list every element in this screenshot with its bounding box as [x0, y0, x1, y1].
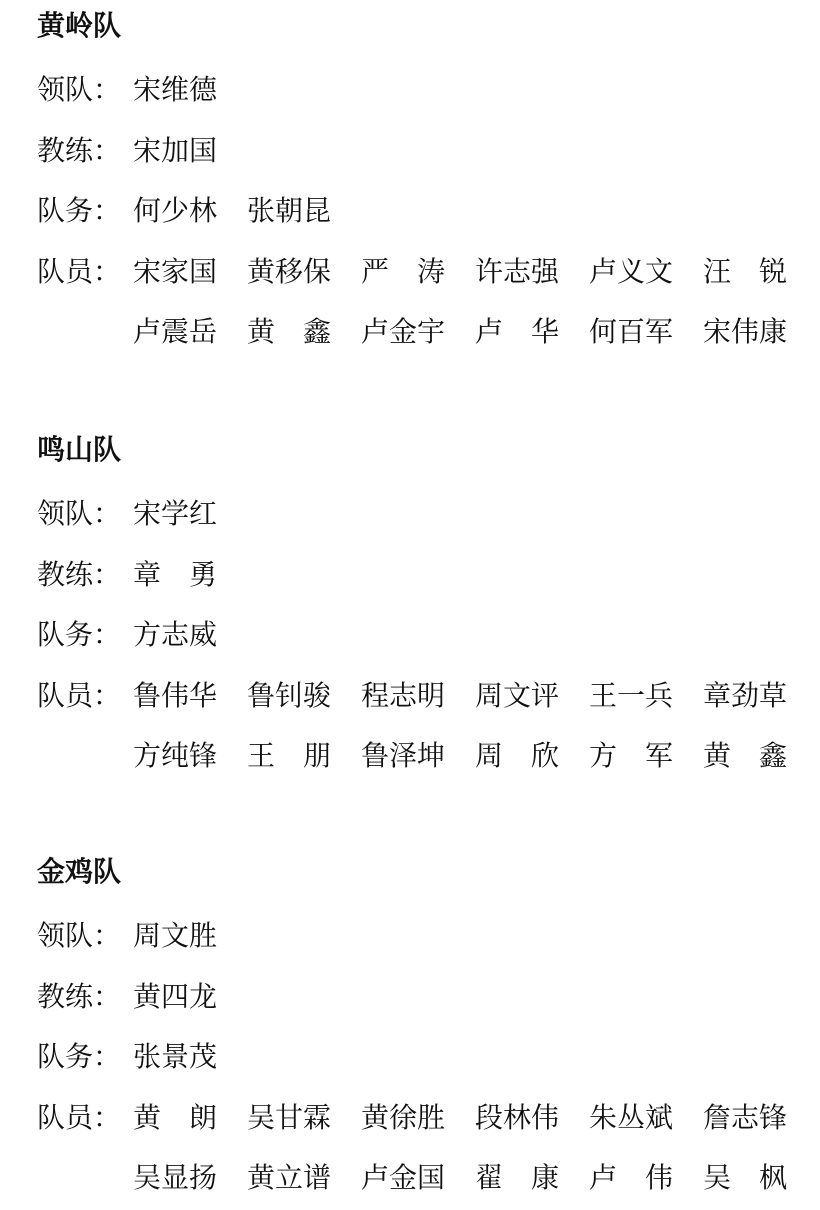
coach-label: 教练： — [37, 553, 133, 593]
player-name: 鲁伟华 — [133, 674, 247, 714]
coach-row: 教练： 黄四龙 — [37, 965, 817, 1026]
coach-label: 教练： — [37, 129, 133, 169]
manager-name: 何少林 — [133, 189, 247, 229]
player-name: 黄 朗 — [133, 1096, 247, 1136]
player-name: 吴甘霖 — [247, 1096, 361, 1136]
players-row: 队员： 鲁伟华 鲁钊骏 程志明 周文评 王一兵 章劲草 — [37, 664, 817, 725]
players-row: 队员： 宋家国 黄移保 严 涛 许志强 卢义文 汪 锐 — [37, 240, 817, 301]
players-label: 队员： — [37, 250, 133, 290]
player-name: 卢震岳 — [133, 310, 247, 350]
manager-label: 队务： — [37, 613, 133, 653]
player-name: 黄 鑫 — [247, 310, 361, 350]
manager-name: 方志威 — [133, 613, 247, 653]
player-name: 卢金宇 — [361, 310, 475, 350]
players-row-continued: 吴显扬 黄立谱 卢金国 翟 康 卢 伟 吴 枫 — [37, 1146, 817, 1207]
manager-name: 张景茂 — [133, 1035, 247, 1075]
player-name: 章劲草 — [703, 674, 817, 714]
player-name: 周 欣 — [475, 734, 589, 774]
player-name: 许志强 — [475, 250, 589, 290]
player-name: 卢 伟 — [589, 1156, 703, 1196]
manager-row: 队务： 何少林 张朝昆 — [37, 179, 817, 240]
player-name: 何百军 — [589, 310, 703, 350]
leader-label: 领队： — [37, 492, 133, 532]
coach-name: 章 勇 — [133, 553, 247, 593]
team-title: 金鸡队 — [37, 852, 817, 892]
player-name: 方纯锋 — [133, 734, 247, 774]
player-name: 黄移保 — [247, 250, 361, 290]
manager-label: 队务： — [37, 1035, 133, 1075]
player-name: 王一兵 — [589, 674, 703, 714]
coach-row: 教练： 章 勇 — [37, 543, 817, 604]
player-name: 鲁钊骏 — [247, 674, 361, 714]
leader-name: 周文胜 — [133, 914, 247, 954]
player-name: 鲁泽坤 — [361, 734, 475, 774]
player-name: 黄立谱 — [247, 1156, 361, 1196]
leader-name: 宋维德 — [133, 68, 247, 108]
players-label: 队员： — [37, 674, 133, 714]
players-row-continued: 方纯锋 王 朋 鲁泽坤 周 欣 方 军 黄 鑫 — [37, 724, 817, 785]
player-name: 周文评 — [475, 674, 589, 714]
player-name: 黄 鑫 — [703, 734, 817, 774]
team-section-huangling: 黄岭队 领队： 宋维德 教练： 宋加国 队务： 何少林 张朝昆 队员： 宋家国 … — [37, 6, 817, 361]
leader-label: 领队： — [37, 68, 133, 108]
players-label: 队员： — [37, 1096, 133, 1136]
leader-row: 领队： 宋学红 — [37, 482, 817, 543]
player-name: 段林伟 — [475, 1096, 589, 1136]
player-name: 王 朋 — [247, 734, 361, 774]
team-title: 黄岭队 — [37, 6, 817, 46]
leader-label: 领队： — [37, 914, 133, 954]
player-name: 翟 康 — [475, 1156, 589, 1196]
leader-row: 领队： 宋维德 — [37, 58, 817, 119]
player-name: 詹志锋 — [703, 1096, 817, 1136]
manager-row: 队务： 方志威 — [37, 603, 817, 664]
player-name: 卢 华 — [475, 310, 589, 350]
players-row: 队员： 黄 朗 吴甘霖 黄徐胜 段林伟 朱丛斌 詹志锋 — [37, 1086, 817, 1147]
team-section-jinji: 金鸡队 领队： 周文胜 教练： 黄四龙 队务： 张景茂 队员： 黄 朗 吴甘霖 … — [37, 852, 817, 1207]
player-name: 严 涛 — [361, 250, 475, 290]
player-name: 汪 锐 — [703, 250, 817, 290]
manager-label: 队务： — [37, 189, 133, 229]
coach-row: 教练： 宋加国 — [37, 119, 817, 180]
coach-name: 黄四龙 — [133, 975, 247, 1015]
team-section-mingshan: 鸣山队 领队： 宋学红 教练： 章 勇 队务： 方志威 队员： 鲁伟华 鲁钊骏 … — [37, 430, 817, 785]
player-name: 吴 枫 — [703, 1156, 817, 1196]
leader-name: 宋学红 — [133, 492, 247, 532]
player-name: 吴显扬 — [133, 1156, 247, 1196]
leader-row: 领队： 周文胜 — [37, 904, 817, 965]
player-name: 卢义文 — [589, 250, 703, 290]
players-row-continued: 卢震岳 黄 鑫 卢金宇 卢 华 何百军 宋伟康 — [37, 300, 817, 361]
player-name: 宋家国 — [133, 250, 247, 290]
team-title: 鸣山队 — [37, 430, 817, 470]
coach-label: 教练： — [37, 975, 133, 1015]
player-name: 朱丛斌 — [589, 1096, 703, 1136]
player-name: 卢金国 — [361, 1156, 475, 1196]
manager-row: 队务： 张景茂 — [37, 1025, 817, 1086]
manager-name: 张朝昆 — [247, 189, 361, 229]
coach-name: 宋加国 — [133, 129, 247, 169]
player-name: 宋伟康 — [703, 310, 817, 350]
player-name: 方 军 — [589, 734, 703, 774]
player-name: 黄徐胜 — [361, 1096, 475, 1136]
player-name: 程志明 — [361, 674, 475, 714]
